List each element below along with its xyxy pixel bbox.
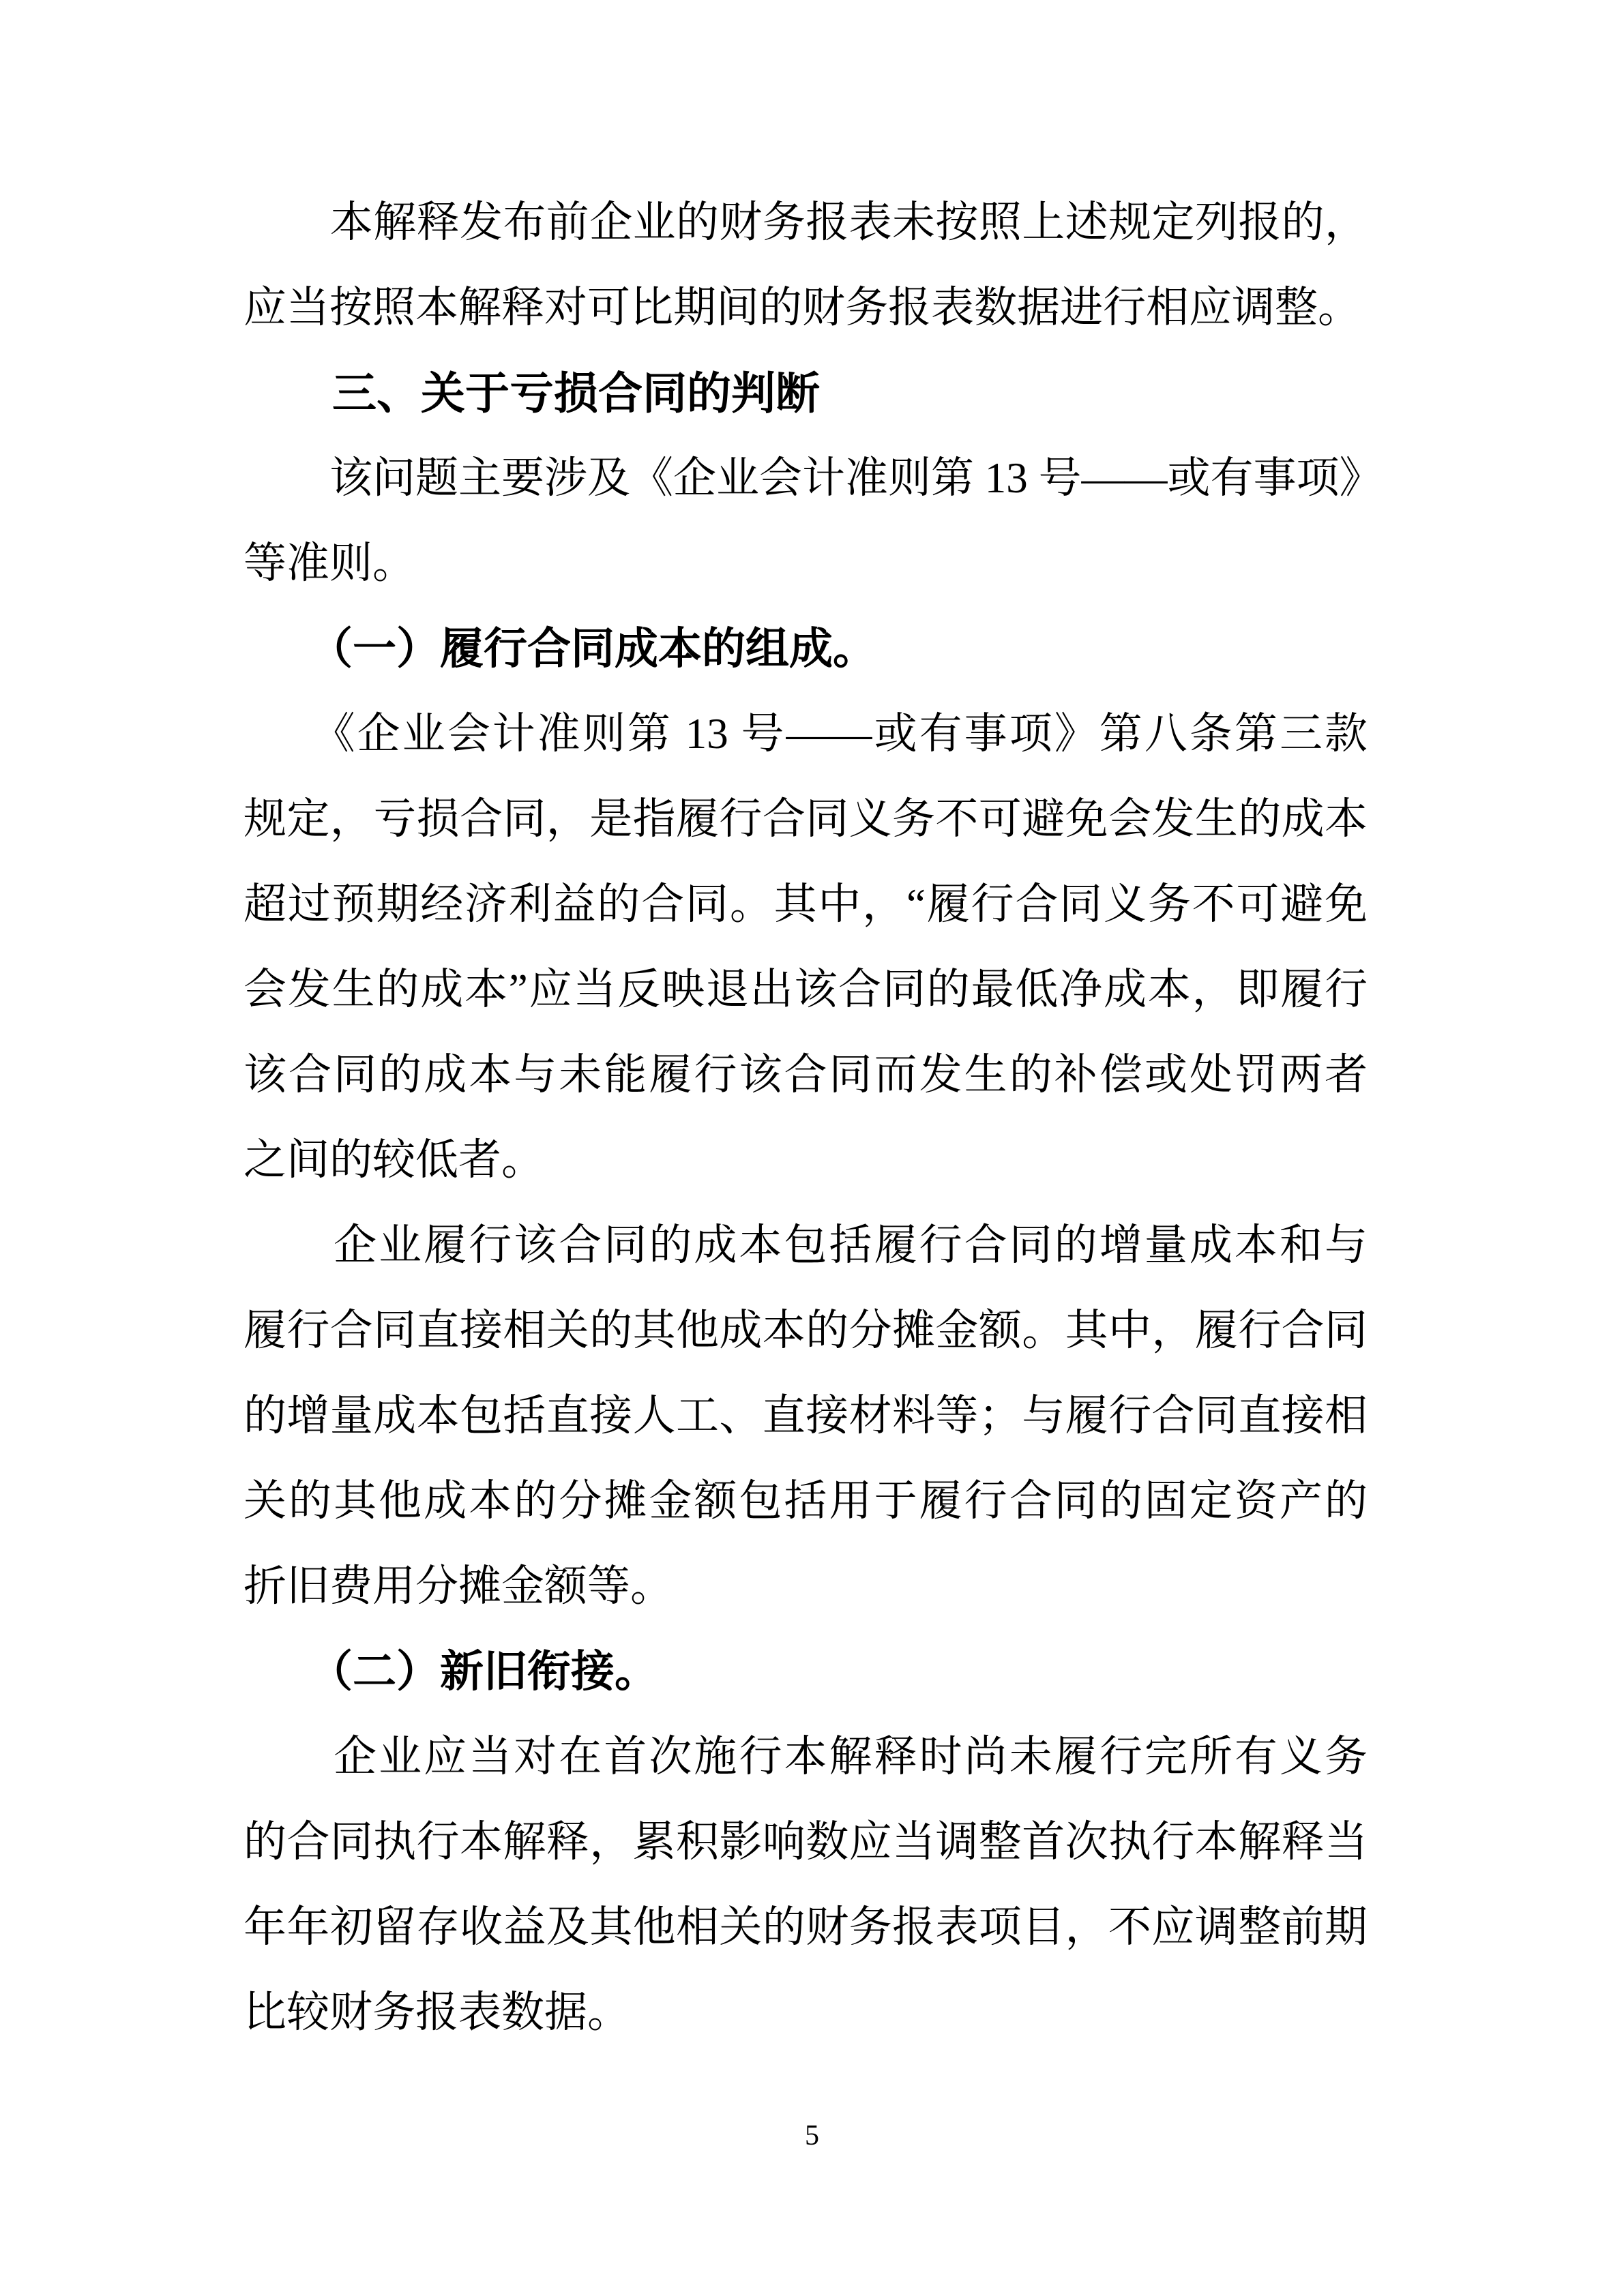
text-line: 的增量成本包括直接人工、直接材料等；与履行合同直接相	[243, 1373, 1368, 1459]
text-line: 应当按照本解释对可比期间的财务报表数据进行相应调整。	[243, 265, 1368, 351]
text-line: 关的其他成本的分摊金额包括用于履行合同的固定资产的	[243, 1459, 1368, 1544]
text-line: 本解释发布前企业的财务报表未按照上述规定列报的，	[243, 180, 1368, 265]
text-line: 等准则。	[243, 521, 1368, 606]
heading-line: （一）履行合同成本的组成。	[243, 606, 1368, 691]
text-line: 之间的较低者。	[243, 1118, 1368, 1203]
text-line: 的合同执行本解释，累积影响数应当调整首次执行本解释当	[243, 1800, 1368, 1885]
text-line: 比较财务报表数据。	[243, 1970, 1368, 2055]
text-line: 折旧费用分摊金额等。	[243, 1544, 1368, 1629]
document-text-block: 本解释发布前企业的财务报表未按照上述规定列报的，应当按照本解释对可比期间的财务报…	[243, 180, 1368, 2055]
heading-line: （二）新旧衔接。	[243, 1629, 1368, 1714]
document-page: 本解释发布前企业的财务报表未按照上述规定列报的，应当按照本解释对可比期间的财务报…	[0, 0, 1624, 2296]
text-line: 该问题主要涉及《企业会计准则第 13 号——或有事项》	[243, 436, 1368, 521]
text-line: 会发生的成本”应当反映退出该合同的最低净成本，即履行	[243, 947, 1368, 1032]
text-line: 超过预期经济利益的合同。其中，“履行合同义务不可避免	[243, 862, 1368, 947]
text-line: 企业应当对在首次施行本解释时尚未履行完所有义务	[243, 1714, 1368, 1800]
text-line: 《企业会计准则第 13 号——或有事项》第八条第三款	[243, 691, 1368, 777]
text-line: 该合同的成本与未能履行该合同而发生的补偿或处罚两者	[243, 1032, 1368, 1118]
heading-line: 三、关于亏损合同的判断	[243, 351, 1368, 436]
page-number: 5	[0, 2115, 1624, 2156]
text-line: 规定，亏损合同，是指履行合同义务不可避免会发生的成本	[243, 777, 1368, 862]
text-line: 年年初留存收益及其他相关的财务报表项目，不应调整前期	[243, 1885, 1368, 1970]
text-line: 企业履行该合同的成本包括履行合同的增量成本和与	[243, 1203, 1368, 1288]
text-line: 履行合同直接相关的其他成本的分摊金额。其中，履行合同	[243, 1288, 1368, 1373]
